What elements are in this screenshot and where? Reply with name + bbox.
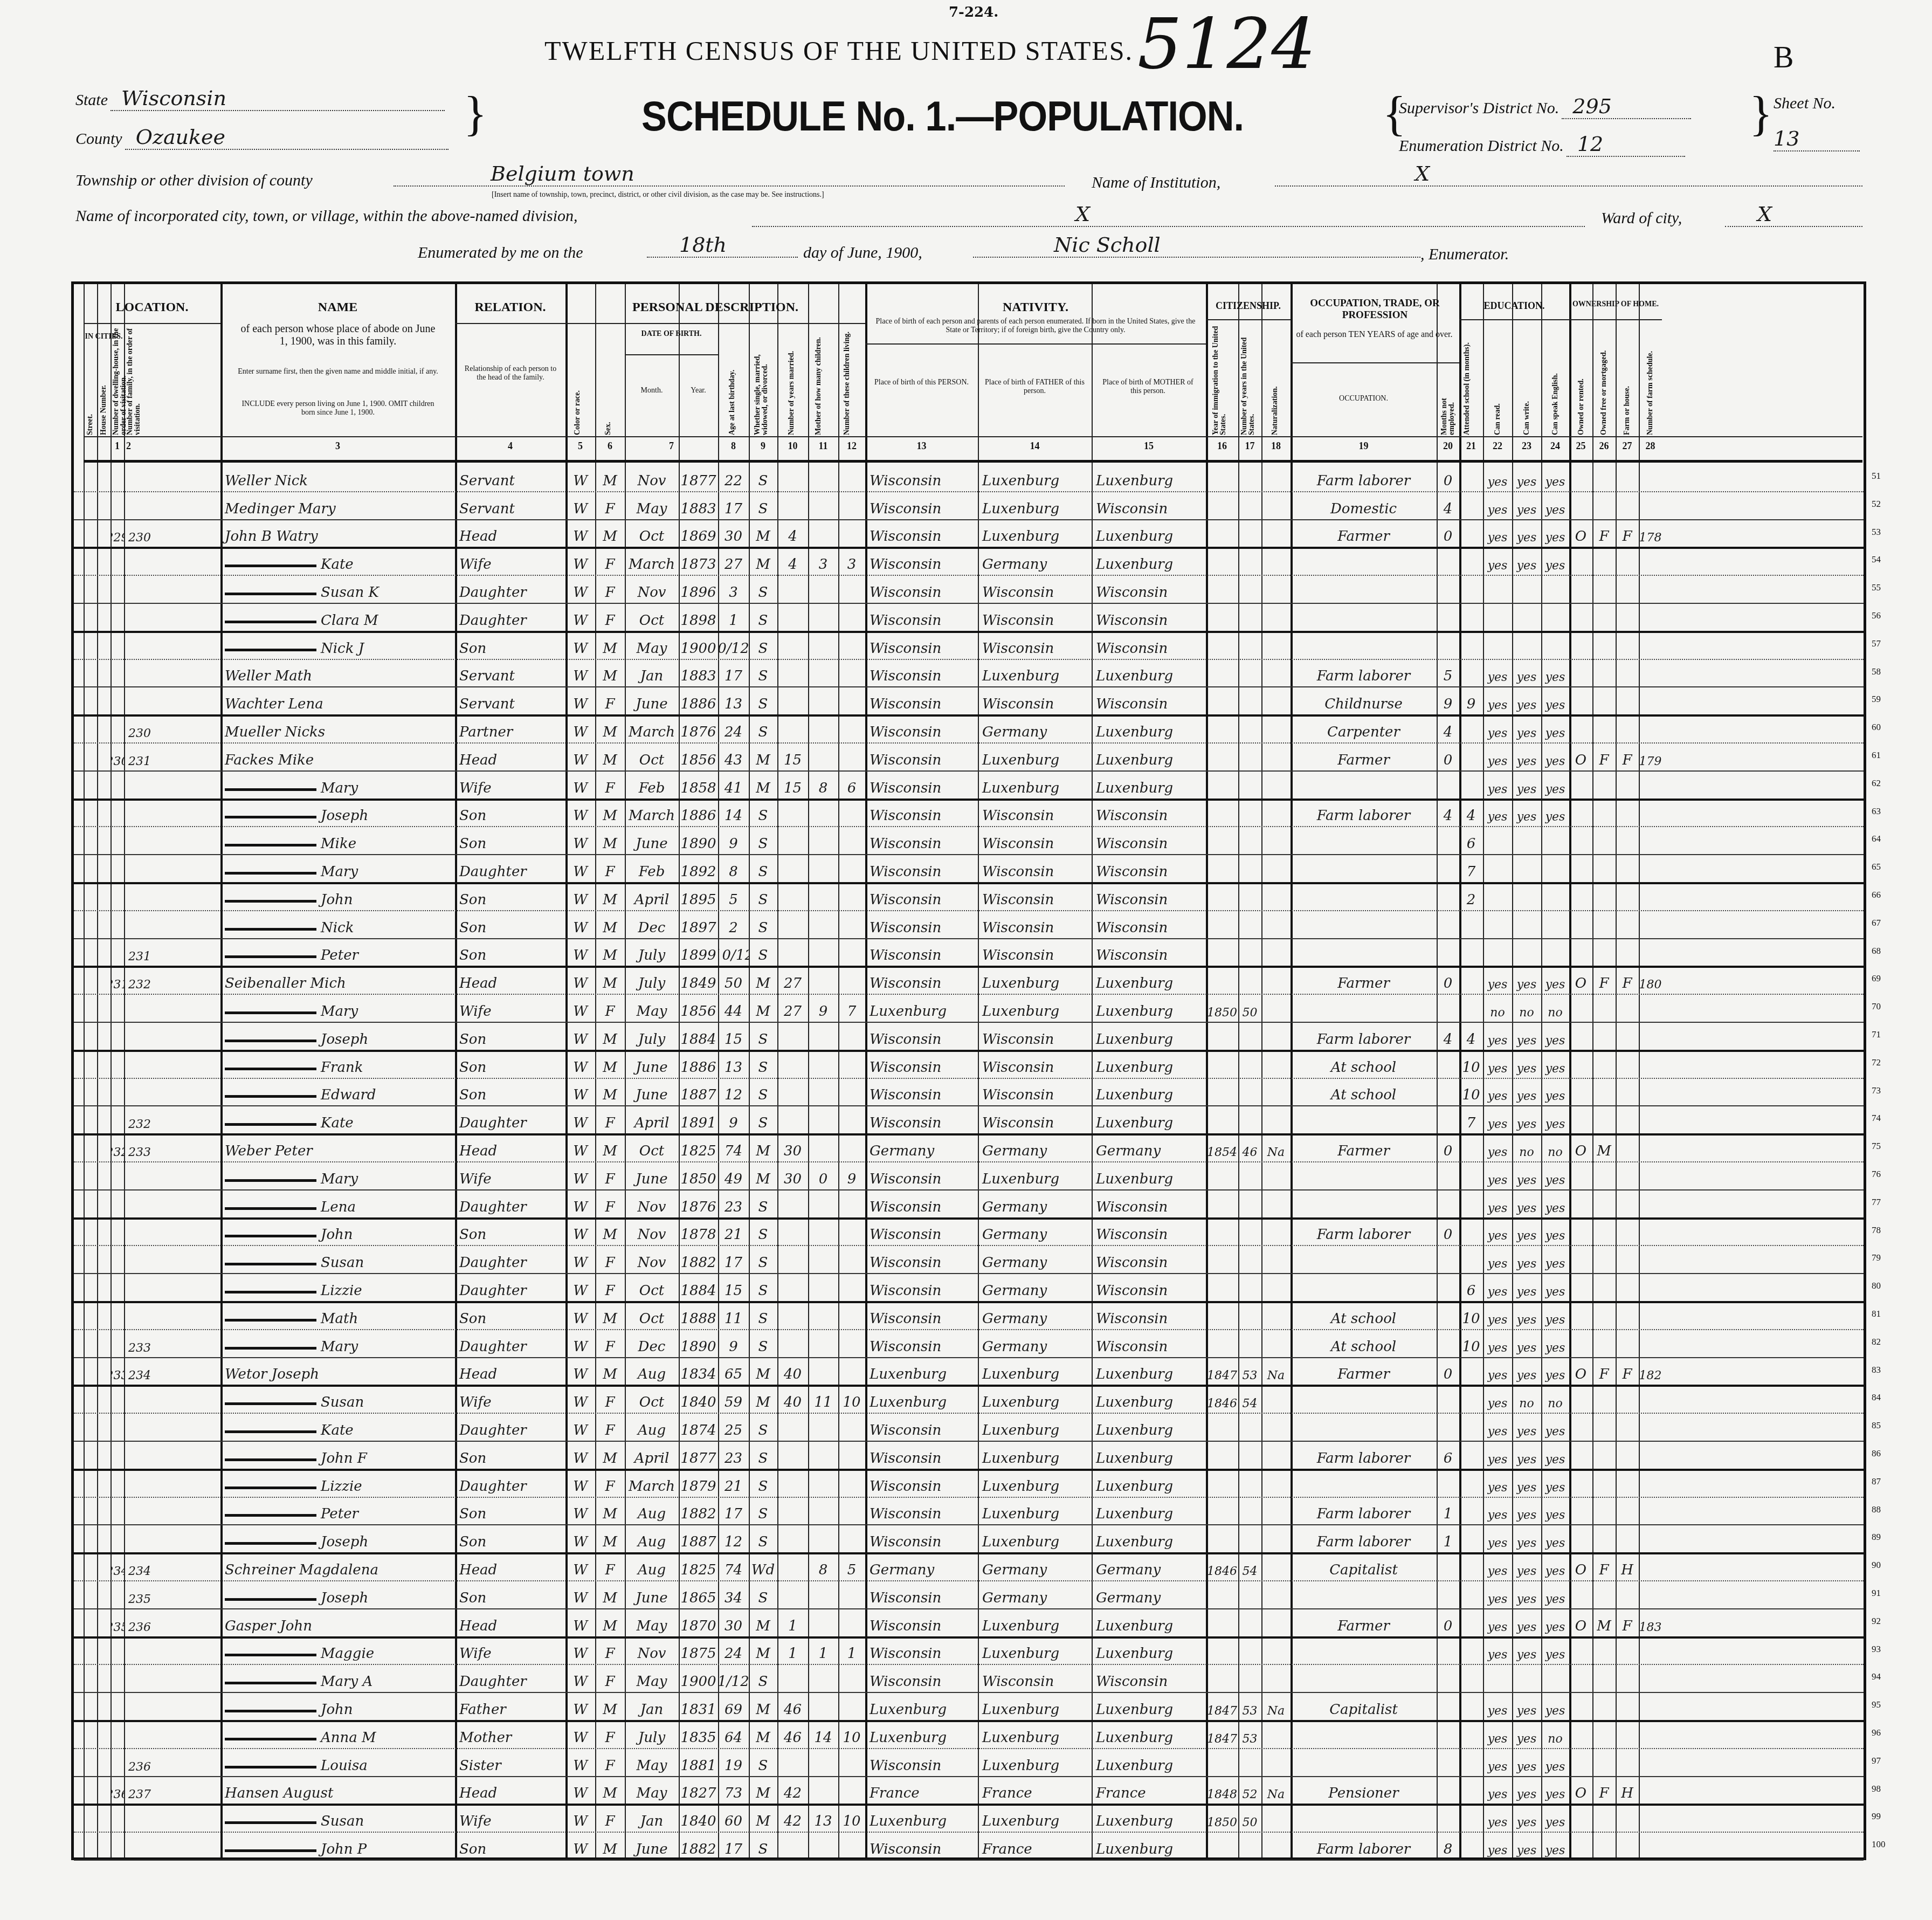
cell-sched: 183 — [1639, 1608, 1662, 1636]
data-rows: Weller NickServantWMNov187722SWisconsinL… — [74, 463, 1864, 1860]
write-value: yes — [1517, 1341, 1537, 1355]
colnum-13: 13 — [865, 441, 978, 452]
english-value: yes — [1545, 1844, 1565, 1857]
table-row: 235236Gasper JohnHeadWMMay187030M1Wiscon… — [74, 1608, 1864, 1639]
cell-occupation: Farm laborer — [1291, 659, 1437, 687]
cell-english: yes — [1541, 1608, 1569, 1636]
cell-unemp — [1437, 1748, 1459, 1776]
mother-value: Luxenburg — [1096, 1394, 1173, 1410]
hdr-street: Street. — [87, 360, 94, 435]
cell-birth: Wisconsin — [865, 603, 978, 631]
free-value: F — [1599, 1366, 1609, 1382]
cell-sex: F — [595, 1748, 625, 1776]
cell-yrs-married — [777, 1217, 808, 1245]
cell-mother: Wisconsin — [1092, 799, 1206, 827]
name-value: Seibenaller Mich — [225, 975, 346, 992]
ditto-mark — [225, 1849, 316, 1852]
cell-age: 24 — [718, 714, 749, 742]
cell-birth: Wisconsin — [865, 1161, 978, 1189]
cell-age: 25 — [718, 1413, 749, 1441]
cell-age: 9 — [718, 1329, 749, 1357]
age-value: 13 — [724, 696, 742, 712]
cell-living: 10 — [838, 1804, 865, 1832]
table-row: LenaDaughterWFNov187623SWisconsinGermany… — [74, 1189, 1864, 1220]
occupation-value: Farm laborer — [1317, 1841, 1410, 1857]
cell-immig — [1206, 1524, 1238, 1552]
line-number: 67 — [1872, 918, 1899, 928]
cell-marital: S — [749, 938, 777, 966]
cell-sex: M — [595, 882, 625, 910]
cell-mother: Luxenburg — [1092, 1469, 1206, 1497]
cell-marital: S — [749, 882, 777, 910]
hdr-color: Color or race. — [574, 365, 582, 435]
cell-age: 64 — [718, 1720, 749, 1748]
cell-english: yes — [1541, 1050, 1569, 1078]
english-value: yes — [1545, 1285, 1565, 1299]
cell-nat — [1261, 1329, 1291, 1357]
table-row: 232233Weber PeterHeadWMOct182574M30Germa… — [74, 1133, 1864, 1162]
line-number: 56 — [1872, 610, 1899, 621]
cell-school — [1459, 1385, 1483, 1413]
cell-mother: Luxenburg — [1092, 519, 1206, 547]
cell-read: yes — [1483, 1217, 1512, 1245]
cell-living — [838, 714, 865, 742]
unemp-value: 5 — [1444, 668, 1453, 684]
line-number: 70 — [1872, 1001, 1899, 1012]
father-value: Wisconsin — [982, 1115, 1054, 1131]
color-value: W — [573, 1534, 588, 1550]
month-value: May — [637, 1674, 667, 1690]
cell-yrs-married — [777, 1105, 808, 1133]
cell-family — [124, 686, 220, 714]
hdr-house-number: House Number. — [100, 360, 108, 435]
cell-living — [838, 463, 865, 491]
cell-nat — [1261, 659, 1291, 687]
cell-marital: S — [749, 826, 777, 854]
cell-mother: Luxenburg — [1092, 714, 1206, 742]
line-number: 66 — [1872, 890, 1899, 900]
own-value: O — [1575, 528, 1586, 545]
cell-name: Mary — [220, 1329, 455, 1357]
age-value: 0/12 — [718, 641, 749, 657]
cell-mother-of — [808, 1189, 838, 1217]
cell-color: W — [565, 1050, 595, 1078]
year-value: 1892 — [680, 864, 716, 880]
cell-mother: Luxenburg — [1092, 1022, 1206, 1050]
cell-mother: Luxenburg — [1092, 1608, 1206, 1636]
cell-occupation: At school — [1291, 1078, 1437, 1106]
sex-value: F — [605, 1283, 615, 1299]
cell-mother-of — [808, 519, 838, 547]
cell-school: 10 — [1459, 1050, 1483, 1078]
cell-name: Nick — [220, 910, 455, 938]
cell-father: Luxenburg — [978, 1161, 1092, 1189]
cell-birth: Luxenburg — [865, 1720, 978, 1748]
relation-value: Son — [459, 1506, 486, 1522]
name-value: Joseph — [321, 1590, 368, 1606]
cell-month: Feb — [625, 854, 679, 882]
cell-mother: Luxenburg — [1092, 1441, 1206, 1469]
cell-name: Weller Nick — [220, 463, 455, 491]
read-value: yes — [1488, 1174, 1508, 1187]
relation-value: Daughter — [459, 1199, 527, 1215]
cell-occupation — [1291, 1385, 1437, 1413]
line-number: 94 — [1872, 1671, 1899, 1682]
age-value: 12 — [724, 1534, 742, 1550]
cell-write: yes — [1512, 519, 1541, 547]
cell-yrs-us — [1238, 463, 1261, 491]
cell-nat — [1261, 1245, 1291, 1273]
cell-dwelling — [111, 1804, 124, 1832]
sex-value: F — [605, 556, 615, 573]
cell-unemp — [1437, 1329, 1459, 1357]
cell-birth: Wisconsin — [865, 1580, 978, 1608]
cell-mother-of: 14 — [808, 1720, 838, 1748]
cell-mother: Wisconsin — [1092, 1329, 1206, 1357]
mother-value: Luxenburg — [1096, 473, 1173, 489]
relation-value: Son — [459, 1450, 486, 1467]
month-value: July — [638, 1031, 665, 1048]
cell-color: W — [565, 854, 595, 882]
cell-farm — [1616, 1580, 1639, 1608]
cell-write: yes — [1512, 714, 1541, 742]
english-value: yes — [1545, 1313, 1565, 1327]
table-row: 231232Seibenaller MichHeadWMJuly184950M2… — [74, 966, 1864, 995]
ditto-mark — [225, 1347, 316, 1350]
cell-relation: Son — [455, 1580, 565, 1608]
cell-birth: Wisconsin — [865, 1832, 978, 1860]
write-value: yes — [1517, 1453, 1537, 1467]
occupation-value: Farm laborer — [1317, 473, 1410, 489]
cell-age: 1 — [718, 603, 749, 631]
father-value: Wisconsin — [982, 892, 1054, 908]
cell-english: yes — [1541, 799, 1569, 827]
cell-family — [124, 1804, 220, 1832]
cell-immig — [1206, 1217, 1238, 1245]
color-value: W — [573, 1366, 588, 1382]
cell-nat — [1261, 686, 1291, 714]
cell-english: yes — [1541, 714, 1569, 742]
age-value: 27 — [724, 556, 742, 573]
cell-read: yes — [1483, 1720, 1512, 1748]
cell-marital: M — [749, 519, 777, 547]
cell-father: Germany — [978, 1273, 1092, 1301]
school-value: 6 — [1467, 836, 1476, 852]
cell-nat — [1261, 854, 1291, 882]
cell-mother-of — [808, 1245, 838, 1273]
cell-mother-of — [808, 463, 838, 491]
cell-name: Schreiner Magdalena — [220, 1552, 455, 1580]
cell-free — [1592, 910, 1616, 938]
cell-free — [1592, 1245, 1616, 1273]
relation-value: Son — [459, 1059, 486, 1076]
occupation-value: Domestic — [1330, 501, 1397, 517]
sex-value: F — [605, 1674, 615, 1690]
cell-month: May — [625, 1748, 679, 1776]
birth-value: Wisconsin — [870, 1311, 941, 1327]
line-number: 76 — [1872, 1169, 1899, 1180]
cell-marital: S — [749, 686, 777, 714]
cell-family — [124, 1385, 220, 1413]
cell-year: 1882 — [679, 1497, 718, 1525]
cell-mother: Wisconsin — [1092, 686, 1206, 714]
family-value: 233 — [128, 1341, 151, 1355]
cell-farm: F — [1616, 519, 1639, 547]
cell-relation: Son — [455, 1217, 565, 1245]
cell-living: 10 — [838, 1720, 865, 1748]
cell-occupation: Farm laborer — [1291, 1217, 1437, 1245]
month-value: April — [634, 892, 669, 908]
cell-month: Oct — [625, 519, 679, 547]
unemp-value: 0 — [1444, 1618, 1453, 1634]
ditto-mark — [225, 900, 316, 903]
cell-living — [838, 1050, 865, 1078]
cell-color: W — [565, 938, 595, 966]
cell-mother-of — [808, 1469, 838, 1497]
ditto-mark — [225, 1430, 316, 1433]
mother-value: Wisconsin — [1096, 1339, 1168, 1355]
line-number: 65 — [1872, 862, 1899, 872]
cell-yrs-us — [1238, 714, 1261, 742]
cell-yrs-married — [777, 854, 808, 882]
sex-value: F — [605, 1478, 615, 1495]
relation-value: Son — [459, 836, 486, 852]
cell-read: yes — [1483, 1469, 1512, 1497]
cell-nat — [1261, 1636, 1291, 1664]
free-value: F — [1599, 752, 1609, 768]
cell-color: W — [565, 1524, 595, 1552]
color-value: W — [573, 1646, 588, 1662]
cell-farm — [1616, 463, 1639, 491]
birth-value: Wisconsin — [870, 613, 941, 629]
cell-own — [1569, 1301, 1592, 1329]
sex-value: F — [605, 1115, 615, 1131]
sched-value: 179 — [1639, 755, 1662, 768]
father-value: Luxenburg — [982, 1003, 1059, 1020]
cell-free — [1592, 1524, 1616, 1552]
brace-sup-right: } — [1749, 86, 1772, 142]
birth-value: Wisconsin — [870, 724, 941, 740]
relation-value: Son — [459, 1087, 486, 1103]
english-value: yes — [1545, 1704, 1565, 1718]
cell-living — [838, 742, 865, 770]
cell-mother-of: 8 — [808, 770, 838, 799]
sex-value: F — [605, 1339, 615, 1355]
read-value: yes — [1488, 1229, 1508, 1243]
cell-yrs-us — [1238, 575, 1261, 603]
write-value: yes — [1517, 476, 1537, 489]
mother-of-value: 3 — [819, 556, 828, 573]
cell-month: Oct — [625, 1385, 679, 1413]
write-value: yes — [1517, 810, 1537, 824]
hdr-citizenship-rule — [1206, 319, 1291, 320]
cell-dwelling: 236 — [111, 1776, 124, 1804]
read-value: yes — [1488, 1341, 1508, 1355]
family-value: 233 — [128, 1146, 151, 1159]
cell-family — [124, 854, 220, 882]
cell-dwelling — [111, 1441, 124, 1469]
occupation-value: At school — [1331, 1339, 1396, 1355]
cell-english: yes — [1541, 1832, 1569, 1860]
cell-color: W — [565, 1413, 595, 1441]
cell-age: 74 — [718, 1552, 749, 1580]
marital-value: M — [756, 975, 770, 992]
sex-value: F — [605, 501, 615, 517]
ditto-mark — [225, 565, 316, 567]
cell-yrs-married — [777, 603, 808, 631]
cell-mother-of — [808, 1832, 838, 1860]
institution-label: Name of Institution, — [1092, 174, 1220, 192]
mother-value: Germany — [1096, 1590, 1161, 1606]
cell-free — [1592, 1497, 1616, 1525]
cell-birth: Wisconsin — [865, 799, 978, 827]
cell-color: W — [565, 603, 595, 631]
hdr-name-include: INCLUDE every person living on June 1, 1… — [236, 400, 440, 417]
cell-sex: M — [595, 742, 625, 770]
cell-sex: F — [595, 1273, 625, 1301]
cell-age: 0/12 — [718, 631, 749, 659]
cell-farm — [1616, 1273, 1639, 1301]
incorporated-label: Name of incorporated city, town, or vill… — [75, 207, 578, 225]
township-field: Township or other division of county — [75, 171, 313, 190]
cell-read: yes — [1483, 547, 1512, 575]
cell-write: no — [1512, 1385, 1541, 1413]
table-row: JohnSonWMApril18955SWisconsinWisconsinWi… — [74, 882, 1864, 911]
relation-value: Son — [459, 1227, 486, 1243]
cell-color: W — [565, 1105, 595, 1133]
hdr-name-instr: Enter surname first, then the given name… — [236, 368, 440, 376]
marital-value: S — [758, 1506, 768, 1522]
cell-nat — [1261, 799, 1291, 827]
table-row: SusanWifeWFOct184059M401110LuxenburgLuxe… — [74, 1385, 1864, 1414]
cell-dwelling — [111, 631, 124, 659]
cell-living — [838, 1105, 865, 1133]
cell-sex: F — [595, 547, 625, 575]
cell-month: Aug — [625, 1497, 679, 1525]
mother-value: Luxenburg — [1096, 780, 1173, 796]
read-value: yes — [1488, 1537, 1508, 1550]
father-value: Luxenburg — [982, 1422, 1059, 1439]
cell-unemp: 0 — [1437, 966, 1459, 994]
colnum-2: 2 — [124, 441, 223, 452]
cell-age: 17 — [718, 659, 749, 687]
cell-english: yes — [1541, 1273, 1569, 1301]
yrs-married-value: 4 — [788, 556, 797, 573]
cell-school — [1459, 1161, 1483, 1189]
cell-age: 13 — [718, 686, 749, 714]
cell-write: yes — [1512, 1608, 1541, 1636]
cell-occupation — [1291, 547, 1437, 575]
color-value: W — [573, 752, 588, 768]
cell-sex: M — [595, 938, 625, 966]
month-value: Nov — [637, 1227, 666, 1243]
cell-month: June — [625, 1050, 679, 1078]
cell-birth: France — [865, 1776, 978, 1804]
cell-read: yes — [1483, 519, 1512, 547]
month-value: June — [636, 1087, 667, 1103]
cell-mother-of — [808, 714, 838, 742]
sheet-letter: B — [1774, 40, 1793, 75]
line-number: 97 — [1872, 1756, 1899, 1766]
english-value: yes — [1545, 810, 1565, 824]
cell-father: Wisconsin — [978, 1050, 1092, 1078]
year-value: 1890 — [680, 1339, 716, 1355]
cell-father: Luxenburg — [978, 1357, 1092, 1385]
cell-mother-of — [808, 938, 838, 966]
sex-value: M — [603, 1785, 617, 1801]
cell-yrs-us — [1238, 1413, 1261, 1441]
cell-school — [1459, 1720, 1483, 1748]
mother-value: Luxenburg — [1096, 1618, 1173, 1634]
age-value: 5 — [729, 892, 738, 908]
table-row: JohnSonWMNov187821SWisconsinGermanyWisco… — [74, 1217, 1864, 1247]
occupation-value: Farm laborer — [1317, 1227, 1410, 1243]
father-value: Germany — [982, 1339, 1047, 1355]
write-value: yes — [1517, 783, 1537, 796]
cell-marital: S — [749, 1245, 777, 1273]
line-number: 73 — [1872, 1085, 1899, 1096]
cell-color: W — [565, 1357, 595, 1385]
hdr-attended-school: Attended school (in months). — [1464, 325, 1481, 435]
write-value: yes — [1517, 1481, 1537, 1495]
cell-family — [124, 1692, 220, 1720]
cell-relation: Wife — [455, 547, 565, 575]
english-value: yes — [1545, 1593, 1565, 1606]
cell-own — [1569, 631, 1592, 659]
cell-marital: S — [749, 799, 777, 827]
cell-read: yes — [1483, 799, 1512, 827]
table-row: Weller MathServantWMJan188317SWisconsinL… — [74, 659, 1864, 688]
cell-own — [1569, 686, 1592, 714]
cell-sched — [1639, 1441, 1662, 1469]
cell-color: W — [565, 910, 595, 938]
cell-relation: Partner — [455, 714, 565, 742]
cell-sex: M — [595, 1608, 625, 1636]
cell-living — [838, 910, 865, 938]
cell-nat — [1261, 1804, 1291, 1832]
father-value: Germany — [982, 1227, 1047, 1243]
cell-unemp — [1437, 1385, 1459, 1413]
colnum-22: 22 — [1483, 441, 1512, 452]
cell-english — [1541, 882, 1569, 910]
relation-value: Wife — [459, 1813, 492, 1829]
cell-farm — [1616, 1720, 1639, 1748]
cell-relation: Head — [455, 519, 565, 547]
cell-sex: M — [595, 1692, 625, 1720]
cell-living: 9 — [838, 1161, 865, 1189]
cell-english: yes — [1541, 659, 1569, 687]
read-value: yes — [1488, 1509, 1508, 1522]
cell-write: no — [1512, 994, 1541, 1022]
cell-birth: Wisconsin — [865, 1050, 978, 1078]
write-value: yes — [1517, 1593, 1537, 1606]
cell-family — [124, 994, 220, 1022]
cell-write: yes — [1512, 1301, 1541, 1329]
family-value: 230 — [128, 531, 151, 545]
cell-relation: Servant — [455, 659, 565, 687]
cell-age: 41 — [718, 770, 749, 799]
age-value: 9 — [729, 1339, 738, 1355]
cell-sex: M — [595, 1441, 625, 1469]
cell-occupation: Farm laborer — [1291, 463, 1437, 491]
line-number: 84 — [1872, 1392, 1899, 1403]
occupation-value: Capitalist — [1329, 1702, 1398, 1718]
write-value: yes — [1517, 531, 1537, 545]
year-value: 1877 — [680, 473, 716, 489]
mother-value: Luxenburg — [1096, 1031, 1173, 1048]
mother-value: Luxenburg — [1096, 1003, 1173, 1020]
cell-yrs-us — [1238, 603, 1261, 631]
